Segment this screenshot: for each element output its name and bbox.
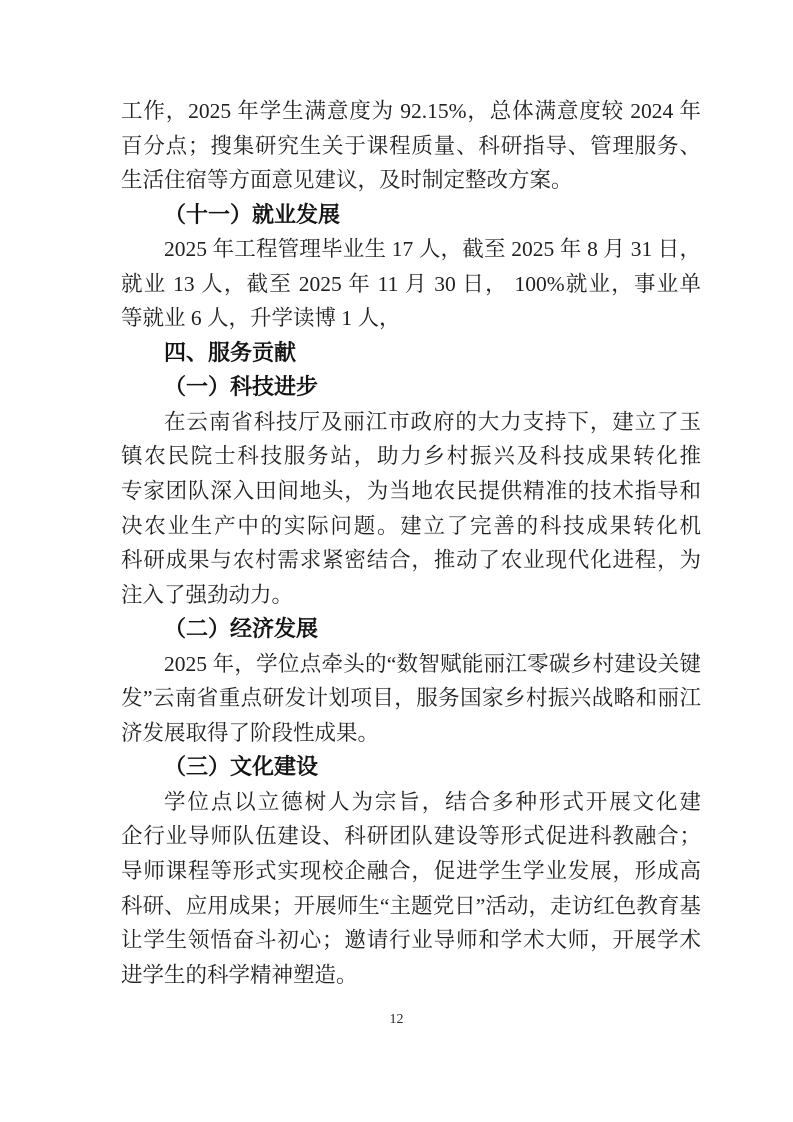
body-line: 让学生领悟奋斗初心；邀请行业导师和学术大师，开展学术讲座，促 xyxy=(121,923,701,958)
body-line: 学位点以立德树人为宗旨，结合多种形式开展文化建设。通过校 xyxy=(121,785,701,820)
document-body: 工作，2025 年学生满意度为 92.15%，总体满意度较 2024 年提升 5… xyxy=(121,94,701,992)
body-line: 进学生的科学精神塑造。 xyxy=(121,958,701,993)
body-line: 就业 13 人，截至 2025 年 11 月 30 日， 100%就业，事业单位… xyxy=(121,267,701,302)
body-line: 科研、应用成果；开展师生“主题党日”活动，走访红色教育基地， xyxy=(121,889,701,924)
body-line: 镇农民院士科技服务站，助力乡村振兴及科技成果转化推广。服务站 xyxy=(121,439,701,474)
body-line: 2025 年，学位点牵头的“数智赋能丽江零碳乡村建设关键技术研 xyxy=(121,647,701,682)
page-footer: 12 xyxy=(0,1010,793,1028)
body-line: 企行业导师队伍建设、科研团队建设等形式促进科教融合；通过行业 xyxy=(121,819,701,854)
body-line: 专家团队深入田间地头，为当地农民提供精准的技术指导和培训，解 xyxy=(121,474,701,509)
body-line: 注入了强劲动力。 xyxy=(121,578,701,613)
body-line: 发”云南省重点研发计划项目，服务国家乡村振兴战略和丽江地方经 xyxy=(121,681,701,716)
heading-line: （三）文化建设 xyxy=(121,750,701,785)
heading-line: 四、服务贡献 xyxy=(121,336,701,371)
body-line: 等就业 6 人，升学读博 1 人， xyxy=(121,301,701,336)
body-line: 济发展取得了阶段性成果。 xyxy=(121,716,701,751)
body-line: 工作，2025 年学生满意度为 92.15%，总体满意度较 2024 年提升 5… xyxy=(121,94,701,129)
page-number: 12 xyxy=(390,1012,404,1027)
body-line: 在云南省科技厅及丽江市政府的大力支持下，建立了玉龙县拉市 xyxy=(121,405,701,440)
body-line: 百分点；搜集研究生关于课程质量、科研指导、管理服务、奖助体系、 xyxy=(121,129,701,164)
heading-line: （十一）就业发展 xyxy=(121,198,701,233)
body-line: 决农业生产中的实际问题。建立了完善的科技成果转化机制，将高校 xyxy=(121,509,701,544)
body-line: 生活住宿等方面意见建议，及时制定整改方案。 xyxy=(121,163,701,198)
heading-line: （一）科技进步 xyxy=(121,370,701,405)
heading-line: （二）经济发展 xyxy=(121,612,701,647)
document-page: 工作，2025 年学生满意度为 92.15%，总体满意度较 2024 年提升 5… xyxy=(0,0,793,1122)
body-line: 2025 年工程管理毕业生 17 人，截至 2025 年 8 月 31 日，毕业… xyxy=(121,232,701,267)
body-line: 导师课程等形式实现校企融合，促进学生学业发展，形成高水平教学、 xyxy=(121,854,701,889)
body-line: 科研成果与农村需求紧密结合，推动了农业现代化进程，为乡村振兴 xyxy=(121,543,701,578)
